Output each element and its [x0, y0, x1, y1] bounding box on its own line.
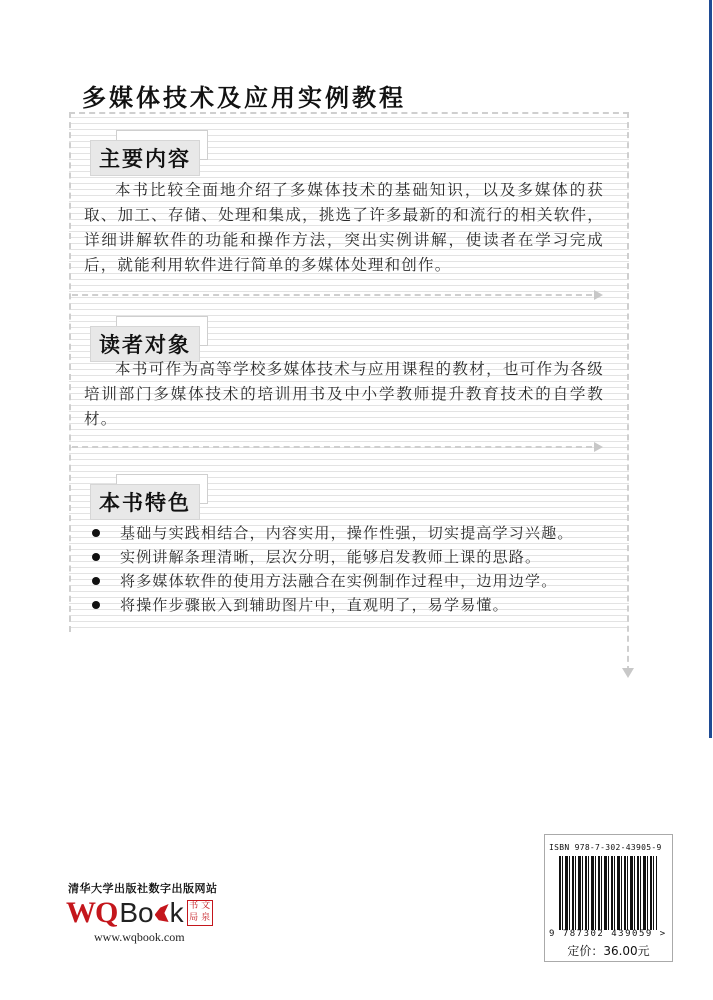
wqbook-logo: WQ Bo k 书 文 局 泉 [66, 898, 213, 928]
arrow-right-icon [594, 442, 603, 452]
list-item-text: 实例讲解条理清晰，层次分明，能够启发教师上课的思路。 [120, 548, 541, 566]
spine-edge-line [709, 0, 712, 738]
list-item: 将操作步骤嵌入到辅助图片中，直观明了，易学易懂。 [90, 593, 610, 617]
features-list: 基础与实践相结合，内容实用，操作性强，切实提高学习兴趣。 实例讲解条理清晰，层次… [90, 521, 610, 617]
logo-k-text: k [170, 897, 184, 929]
book-title: 多媒体技术及应用实例教程 [82, 78, 406, 113]
list-item: 基础与实践相结合，内容实用，操作性强，切实提高学习兴趣。 [90, 521, 610, 545]
price-label: 定价：36.00元 [545, 942, 672, 959]
logo-wq-text: WQ [66, 896, 117, 930]
publisher-site-name: 清华大学出版社数字出版网站 [68, 880, 218, 896]
book-hand-icon [155, 904, 169, 922]
dashed-separator [72, 294, 592, 296]
section-main-content-body: 本书比较全面地介绍了多媒体技术的基础知识，以及多媒体的获取、加工、存储、处理和集… [84, 178, 604, 278]
dashed-border-left [69, 112, 71, 632]
bullet-icon [92, 553, 100, 561]
list-item: 实例讲解条理清晰，层次分明，能够启发教师上课的思路。 [90, 545, 610, 569]
list-item: 将多媒体软件的使用方法融合在实例制作过程中，边用边学。 [90, 569, 610, 593]
publisher-url: www.wqbook.com [94, 930, 185, 945]
bullet-icon [92, 529, 100, 537]
list-item-text: 将操作步骤嵌入到辅助图片中，直观明了，易学易懂。 [120, 596, 509, 614]
seal-char: 局 [188, 913, 200, 925]
section-main-content-heading: 主要内容 [90, 140, 200, 176]
dashed-separator [72, 446, 592, 448]
arrow-down-icon [622, 668, 634, 678]
list-item-text: 将多媒体软件的使用方法融合在实例制作过程中，边用边学。 [120, 572, 557, 590]
seal-char: 书 [188, 901, 200, 913]
dashed-border-top [69, 112, 629, 114]
barcode-icon [559, 856, 657, 930]
isbn-barcode-box: ISBN 978-7-302-43905-9 9 787302 439059 >… [544, 834, 673, 962]
logo-bo-text: Bo [119, 897, 153, 929]
seal-char: 泉 [200, 913, 212, 925]
dashed-border-right [627, 112, 629, 672]
barcode-digits: 9 787302 439059 > [549, 929, 667, 939]
bullet-icon [92, 577, 100, 585]
bullet-icon [92, 601, 100, 609]
arrow-right-icon [594, 290, 603, 300]
seal-char: 文 [200, 901, 212, 913]
seal-stamp-icon: 书 文 局 泉 [187, 900, 213, 926]
section-heading: 本书特色 [90, 484, 200, 520]
section-features-heading: 本书特色 [90, 484, 200, 520]
section-audience-body: 本书可作为高等学校多媒体技术与应用课程的教材，也可作为各级培训部门多媒体技术的培… [84, 357, 604, 432]
list-item-text: 基础与实践相结合，内容实用，操作性强，切实提高学习兴趣。 [120, 524, 574, 542]
section-heading: 主要内容 [90, 140, 200, 176]
isbn-text: ISBN 978-7-302-43905-9 [549, 843, 662, 852]
